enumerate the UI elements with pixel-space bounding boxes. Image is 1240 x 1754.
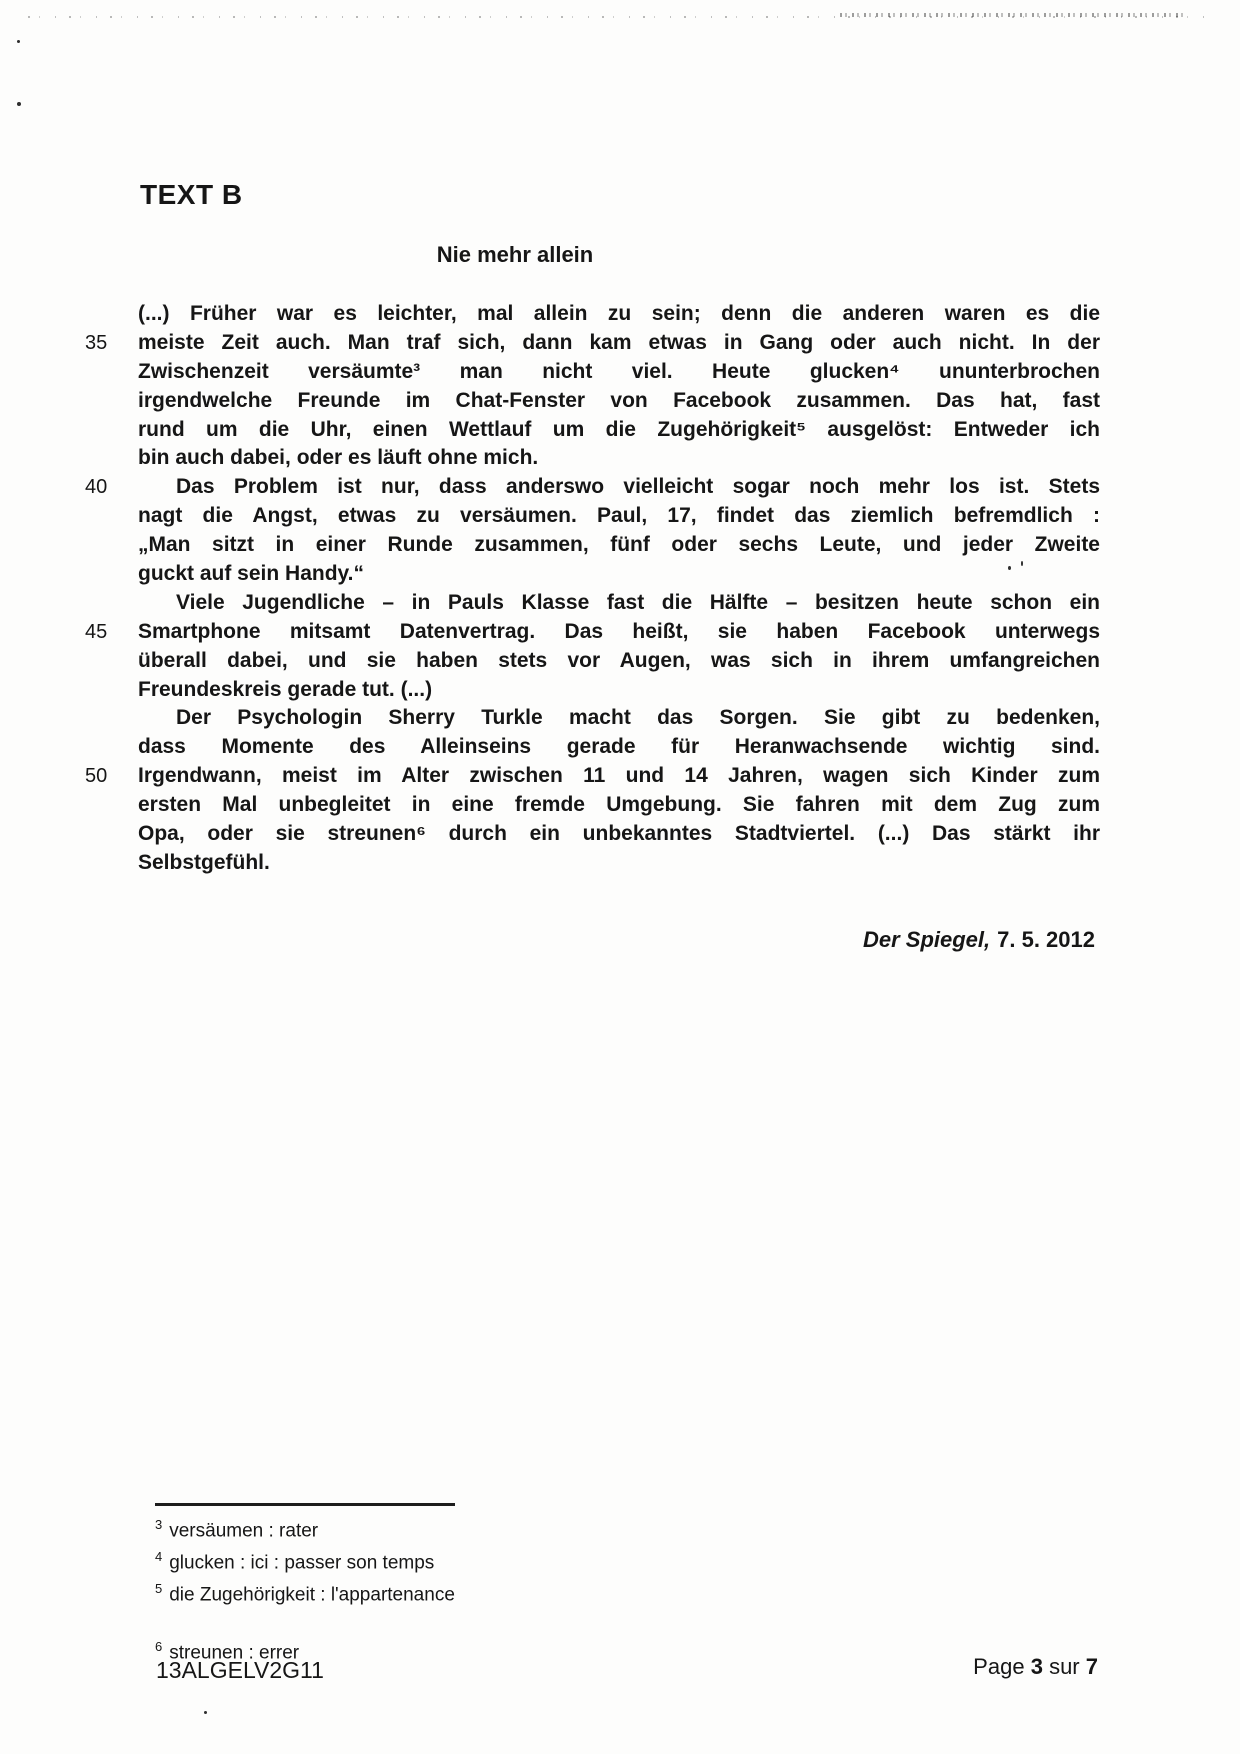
- text-line: rund um die Uhr, einen Wettlauf um die Z…: [138, 416, 1100, 445]
- text-line: Zwischenzeit versäumte³ man nicht viel. …: [138, 358, 1100, 387]
- text-line: (...) Früher war es leichter, mal allein…: [138, 300, 1100, 329]
- page-indicator-separator: sur: [1049, 1654, 1080, 1679]
- text-line: überall dabei, und sie haben stets vor A…: [138, 647, 1100, 676]
- document-page: TEXT B Nie mehr allein (...) Früher war …: [0, 0, 1240, 1754]
- section-header: TEXT B: [140, 179, 243, 211]
- page-indicator-prefix: Page: [973, 1654, 1024, 1679]
- footnote-marker: 3: [155, 1517, 162, 1532]
- attribution-source: Der Spiegel,: [863, 927, 990, 952]
- scan-noise-band-dense: [840, 13, 1185, 17]
- footnote-marker: 4: [155, 1549, 162, 1564]
- page-indicator: Page 3 sur 7: [973, 1654, 1098, 1680]
- text-line: Der Psychologin Sherry Turkle macht das …: [138, 704, 1100, 733]
- attribution-date: 7. 5. 2012: [997, 927, 1095, 952]
- scan-speck: [17, 40, 20, 43]
- text-line: 35meiste Zeit auch. Man traf sich, dann …: [138, 329, 1100, 358]
- line-number: 40: [85, 473, 125, 502]
- line-number: 45: [85, 618, 125, 647]
- text-line: Opa, oder sie streunen⁶ durch ein unbeka…: [138, 820, 1100, 849]
- line-number: 35: [85, 329, 125, 358]
- text-line: 50Irgendwann, meist im Alter zwischen 11…: [138, 762, 1100, 791]
- footnote: 5die Zugehörigkeit : l'appartenance: [155, 1576, 455, 1608]
- scan-speck: [204, 1711, 207, 1714]
- text-line: bin auch dabei, oder es läuft ohne mich.: [138, 444, 1100, 473]
- page-indicator-total: 7: [1086, 1654, 1098, 1679]
- footnote: 3versäumen : rater: [155, 1512, 455, 1544]
- footnote: 4glucken : ici : passer son temps: [155, 1544, 455, 1576]
- text-line: nagt die Angst, etwas zu versäumen. Paul…: [138, 502, 1100, 531]
- article-body: (...) Früher war es leichter, mal allein…: [138, 300, 1100, 878]
- text-line: 45Smartphone mitsamt Datenvertrag. Das h…: [138, 618, 1100, 647]
- text-line: 40Das Problem ist nur, dass anderswo vie…: [138, 473, 1100, 502]
- footnotes: 3versäumen : rater4glucken : ici : passe…: [155, 1512, 455, 1666]
- text-line: „Man sitzt in einer Runde zusammen, fünf…: [138, 531, 1100, 560]
- line-number: 50: [85, 762, 125, 791]
- text-line: Freundeskreis gerade tut. (...): [138, 676, 1100, 705]
- text-line: dass Momente des Alleinseins gerade für …: [138, 733, 1100, 762]
- document-code: 13ALGELV2G11: [156, 1657, 324, 1684]
- text-line: Viele Jugendliche – in Pauls Klasse fast…: [138, 589, 1100, 618]
- footnote-divider: [155, 1503, 455, 1506]
- page-indicator-current: 3: [1031, 1654, 1043, 1679]
- article-title: Nie mehr allein: [138, 242, 1100, 268]
- footnote-marker: 5: [155, 1581, 162, 1596]
- footnote-marker: 6: [155, 1639, 162, 1654]
- text-line: guckt auf sein Handy.“: [138, 560, 1100, 589]
- attribution: Der Spiegel,7. 5. 2012: [863, 927, 1095, 953]
- text-line: Selbstgefühl.: [138, 849, 1100, 878]
- scan-speck: [17, 102, 21, 106]
- text-line: irgendwelche Freunde im Chat-Fenster von…: [138, 387, 1100, 416]
- text-line: ersten Mal unbegleitet in eine fremde Um…: [138, 791, 1100, 820]
